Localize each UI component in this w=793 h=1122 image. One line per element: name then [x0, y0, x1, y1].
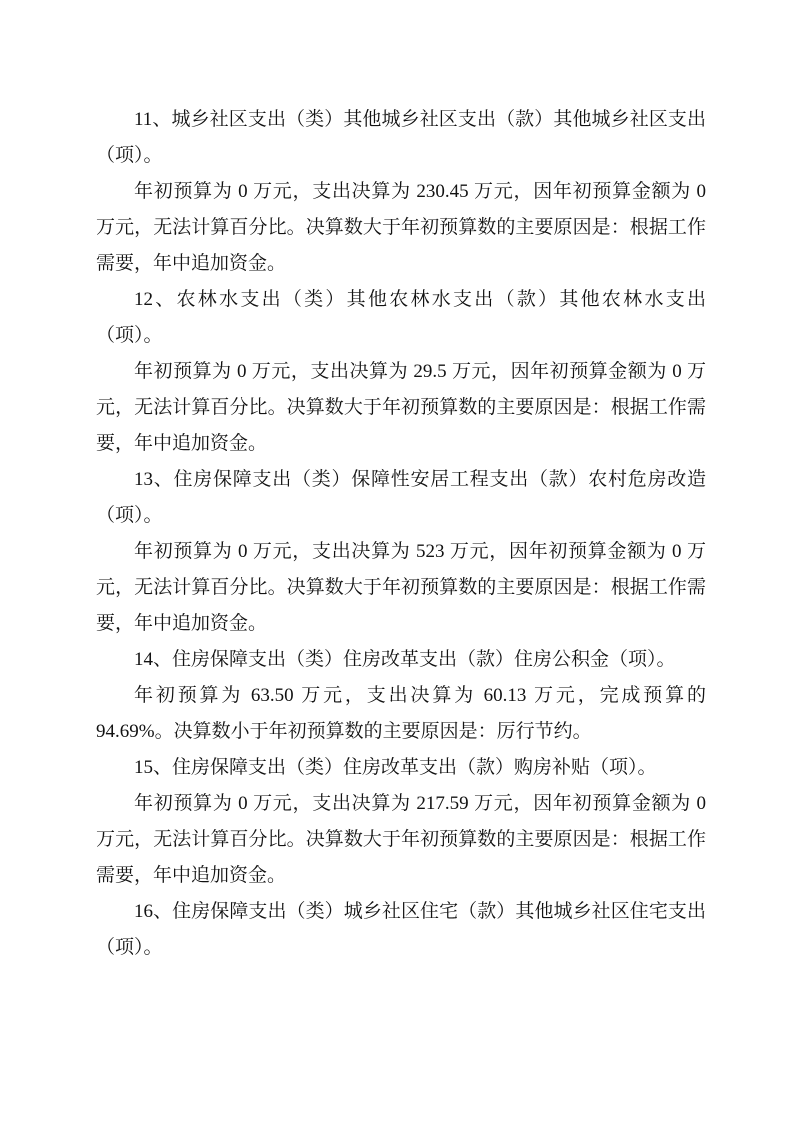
text-line: 要，年中追加资金。: [96, 606, 706, 642]
text-line: 12、农林水支出（类）其他农林水支出（款）其他农林水支出: [96, 282, 706, 318]
item-11-detail: 年初预算为 0 万元，支出决算为 230.45 万元，因年初预算金额为 0 万元…: [96, 174, 706, 282]
item-16-heading: 16、住房保障支出（类）城乡社区住宅（款）其他城乡社区住宅支出 （项）。: [96, 894, 706, 966]
text-line: 需要，年中追加资金。: [96, 246, 706, 282]
text-line: 年初预算为 0 万元，支出决算为 29.5 万元，因年初预算金额为 0 万: [96, 354, 706, 390]
text-line: 年初预算为 0 万元，支出决算为 230.45 万元，因年初预算金额为 0: [96, 174, 706, 210]
text-line: 16、住房保障支出（类）城乡社区住宅（款）其他城乡社区住宅支出: [96, 894, 706, 930]
item-15-heading: 15、住房保障支出（类）住房改革支出（款）购房补贴（项）。: [96, 750, 706, 786]
text-line: 元，无法计算百分比。决算数大于年初预算数的主要原因是：根据工作需: [96, 390, 706, 426]
text-line: 14、住房保障支出（类）住房改革支出（款）住房公积金（项）。: [96, 642, 706, 678]
text-line: 13、住房保障支出（类）保障性安居工程支出（款）农村危房改造: [96, 462, 706, 498]
text-line: 万元，无法计算百分比。决算数大于年初预算数的主要原因是：根据工作: [96, 822, 706, 858]
item-14-heading: 14、住房保障支出（类）住房改革支出（款）住房公积金（项）。: [96, 642, 706, 678]
item-15-detail: 年初预算为 0 万元，支出决算为 217.59 万元，因年初预算金额为 0 万元…: [96, 786, 706, 894]
item-13-detail: 年初预算为 0 万元，支出决算为 523 万元，因年初预算金额为 0 万 元，无…: [96, 534, 706, 642]
text-line: 需要，年中追加资金。: [96, 858, 706, 894]
text-line: （项）。: [96, 138, 706, 174]
text-line: 年初预算为 0 万元，支出决算为 523 万元，因年初预算金额为 0 万: [96, 534, 706, 570]
text-line: 万元，无法计算百分比。决算数大于年初预算数的主要原因是：根据工作: [96, 210, 706, 246]
document-page: 11、城乡社区支出（类）其他城乡社区支出（款）其他城乡社区支出 （项）。 年初预…: [0, 0, 793, 1122]
text-line: （项）。: [96, 318, 706, 354]
text-line: 11、城乡社区支出（类）其他城乡社区支出（款）其他城乡社区支出: [96, 102, 706, 138]
item-12-heading: 12、农林水支出（类）其他农林水支出（款）其他农林水支出 （项）。: [96, 282, 706, 354]
item-13-heading: 13、住房保障支出（类）保障性安居工程支出（款）农村危房改造 （项）。: [96, 462, 706, 534]
item-12-detail: 年初预算为 0 万元，支出决算为 29.5 万元，因年初预算金额为 0 万 元，…: [96, 354, 706, 462]
item-11-heading: 11、城乡社区支出（类）其他城乡社区支出（款）其他城乡社区支出 （项）。: [96, 102, 706, 174]
text-line: 元，无法计算百分比。决算数大于年初预算数的主要原因是：根据工作需: [96, 570, 706, 606]
document-content: 11、城乡社区支出（类）其他城乡社区支出（款）其他城乡社区支出 （项）。 年初预…: [96, 102, 706, 966]
text-line: 年初预算为 63.50 万元，支出决算为 60.13 万元，完成预算的: [96, 678, 706, 714]
text-line: 要，年中追加资金。: [96, 426, 706, 462]
text-line: 15、住房保障支出（类）住房改革支出（款）购房补贴（项）。: [96, 750, 706, 786]
item-14-detail: 年初预算为 63.50 万元，支出决算为 60.13 万元，完成预算的 94.6…: [96, 678, 706, 750]
text-line: 年初预算为 0 万元，支出决算为 217.59 万元，因年初预算金额为 0: [96, 786, 706, 822]
text-line: （项）。: [96, 930, 706, 966]
text-line: 94.69%。决算数小于年初预算数的主要原因是：厉行节约。: [96, 714, 706, 750]
text-line: （项）。: [96, 498, 706, 534]
